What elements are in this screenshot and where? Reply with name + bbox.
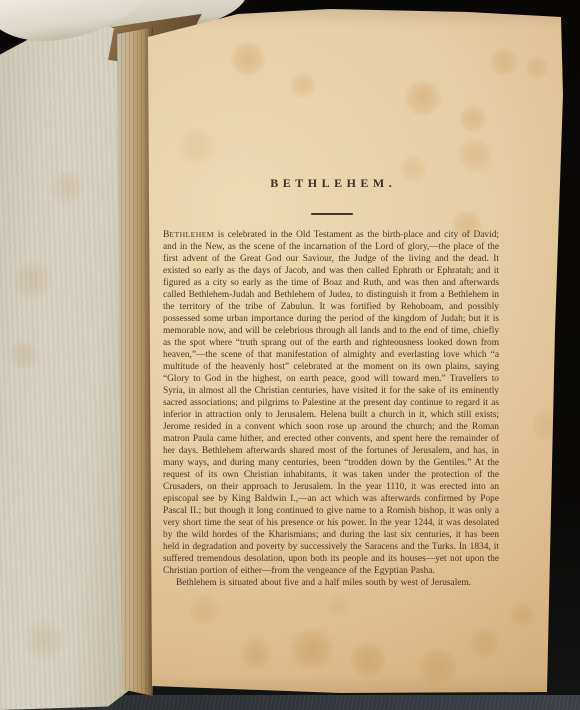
lead-word-smallcaps: ETHLEHEM: [169, 230, 214, 239]
foxing-spot: [228, 42, 268, 76]
foxing-spot: [416, 648, 460, 686]
foxing-spot: [8, 340, 42, 370]
foxing-spot: [348, 642, 388, 678]
foxing-spot: [532, 405, 562, 445]
foxing-spot: [468, 628, 502, 658]
foxing-spot: [456, 138, 494, 172]
foxing-spot: [288, 628, 336, 670]
foxing-spot: [326, 596, 350, 616]
page-title: BETHLEHEM.: [163, 176, 499, 191]
foxing-spot: [524, 56, 550, 80]
body-text: BETHLEHEM is celebrated in the Old Testa…: [163, 229, 499, 589]
foxing-spot: [48, 170, 86, 204]
foxing-spot: [238, 638, 274, 670]
paragraph-1: BETHLEHEM is celebrated in the Old Testa…: [163, 229, 499, 577]
title-rule: [311, 213, 353, 215]
foxing-spot: [402, 80, 444, 116]
foxing-spot: [12, 260, 56, 300]
foxing-spot: [176, 128, 218, 164]
foxing-spot: [508, 602, 536, 628]
paragraph-2: Bethlehem is situated about five and a h…: [163, 577, 499, 589]
foxing-spot: [288, 72, 318, 98]
page-stack-edge: [117, 24, 153, 696]
foxing-spot: [488, 48, 520, 76]
book-photo: BETHLEHEM. BETHLEHEM is celebrated in th…: [0, 0, 580, 710]
foxing-spot: [188, 595, 222, 625]
foxing-spot: [458, 105, 488, 133]
paragraph-1-text: is celebrated in the Old Testament as th…: [163, 230, 499, 576]
foxing-spot: [22, 620, 66, 660]
